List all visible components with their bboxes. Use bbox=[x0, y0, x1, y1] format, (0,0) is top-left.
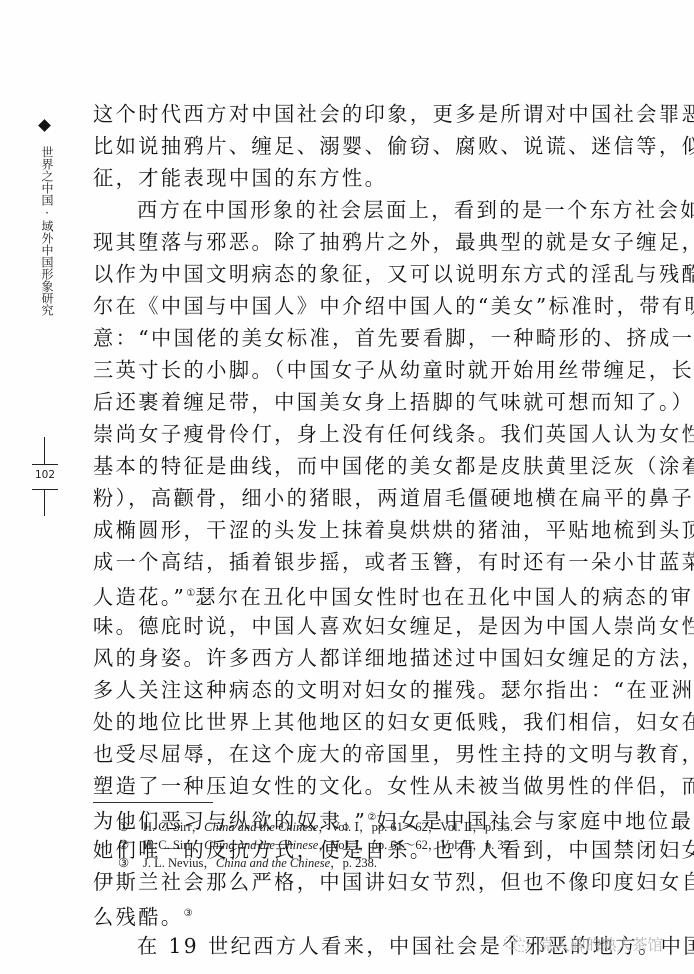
text-line: 成椭圆形，干涩的头发上抹着臭烘烘的猪油，平贴地梳到头顶上，绾 bbox=[93, 514, 571, 546]
footnotes: ①H. C. Sirr，China and the Chinese，Vol. Ⅰ… bbox=[118, 818, 578, 872]
footnote-ref-1[interactable]: ① bbox=[186, 588, 195, 599]
watermark-text: 党人碑的熟人茶馆 bbox=[539, 933, 663, 955]
text-line: 后还裹着缠足带，中国美女身上捂脚的气味就可想而知了。）中国佬 bbox=[93, 386, 571, 418]
text-line: 处的地位比世界上其他地区的妇女更低贱，我们相信，妇女在中国社会 bbox=[93, 706, 571, 738]
footnote-1: ①H. C. Sirr，China and the Chinese，Vol. Ⅰ… bbox=[118, 818, 578, 836]
footnote-ref-3[interactable]: ③ bbox=[184, 908, 193, 919]
paragraph-start-line: 在 19 世纪西方人看来，中国社会是个邪恶的地方。中国人的恶习 bbox=[93, 930, 571, 962]
page-number-rule-bottom bbox=[44, 489, 45, 516]
text-line: 征，才能表现中国的东方性。 bbox=[93, 162, 571, 194]
footnote-mark: ② bbox=[118, 836, 143, 854]
footnote-citation: ，Vol. Ⅰ，pp. 61～62，Vol. Ⅱ，p. 35. bbox=[318, 820, 513, 834]
footnote-title: China and the Chinese bbox=[204, 820, 318, 834]
footnote-3: ③J. L. Nevius，China and the Chinese，p. 2… bbox=[118, 854, 578, 872]
text-line: 成一个高结，插着银步摇，或者玉簪，有时还有一朵小甘蓝菜大小的 bbox=[93, 546, 571, 578]
running-header-book-title: 世界之中国·域外中国形象研究 bbox=[37, 146, 53, 316]
footnote-author: H. C. Sirr， bbox=[143, 838, 204, 852]
footnote-2: ②H. C. Sirr，China and the Chinese，Vol. Ⅰ… bbox=[118, 836, 578, 854]
footnote-mark: ③ bbox=[118, 854, 143, 872]
text-line: 尔在《中国与中国人》中介绍中国人的“美女”标准时，带有明显的恶 bbox=[93, 290, 571, 322]
footnote-citation: ，p. 238. bbox=[330, 856, 377, 870]
footnote-author: J. L. Nevius， bbox=[143, 856, 216, 870]
paragraph-start-line: 西方在中国形象的社会层面上，看到的是一个东方社会如何表 bbox=[93, 194, 571, 226]
page-number-rule bbox=[32, 489, 58, 490]
text-segment: 么残酷。 bbox=[93, 905, 184, 929]
footnote-title: China and the Chinese bbox=[216, 856, 330, 870]
text-line: 粉），高颧骨，细小的猪眼，两道眉毛僵硬地横在扁平的鼻子上，拖长 bbox=[93, 482, 571, 514]
footnote-separator bbox=[93, 802, 213, 803]
text-line: 意：“中国佬的美女标准，首先要看脚，一种畸形的、挤成一团的只有 bbox=[93, 322, 571, 354]
text-segment: 瑟尔在丑化中国女性时也在丑化中国人的病态的审美趣 bbox=[195, 585, 694, 609]
text-line: 塑造了一种压迫女性的文化。女性从未被当做男性的伴侣，而只是作 bbox=[93, 770, 571, 802]
text-line: 现其堕落与邪恶。除了抽鸦片之外，最典型的就是女子缠足，它既可 bbox=[93, 226, 571, 258]
wechat-icon bbox=[503, 934, 531, 954]
book-page: 世界之中国·域外中国形象研究 102 这个时代西方对中国社会的印象，更多是所谓对… bbox=[0, 0, 694, 974]
footnote-author: H. C. Sirr， bbox=[143, 820, 204, 834]
text-line: 三英寸长的小脚。（中国女子从幼童时就开始用丝带缠足，长大成人 bbox=[93, 354, 571, 386]
footnote-citation: ，Vol. Ⅰ，pp. 61～62，Vol. Ⅱ，p. 35. bbox=[318, 838, 513, 852]
page-number: 102 bbox=[30, 469, 60, 481]
page-number-rule bbox=[32, 464, 58, 465]
text-line: 比如说抽鸦片、缠足、溺婴、偷窃、腐败、说谎、迷信等，似乎只有这些特 bbox=[93, 130, 571, 162]
text-segment: 人造花。” bbox=[93, 585, 186, 609]
text-line: 多人关注这种病态的文明对妇女的摧残。瑟尔指出：“在亚洲，妇女所 bbox=[93, 674, 571, 706]
text-line: 以作为中国文明病态的象征，又可以说明东方式的淫乱与残酷。瑟 bbox=[93, 258, 571, 290]
text-line: 风的身姿。许多西方人都详细地描述过中国妇女缠足的方法，也有许 bbox=[93, 642, 571, 674]
diamond-marker-icon bbox=[38, 119, 51, 132]
text-line: 味。德庇时说，中国人喜欢妇女缠足，是因为中国人崇尚女性的弱不禁 bbox=[93, 610, 571, 642]
text-line: 也受尽屈辱，在这个庞大的帝国里，男性主持的文明与教育，从根本上 bbox=[93, 738, 571, 770]
footnote-mark: ① bbox=[118, 818, 143, 836]
text-line: 崇尚女子瘦骨伶仃，身上没有任何线条。我们英国人认为女性美最 bbox=[93, 418, 571, 450]
text-line-with-footnote: 么残酷。③ bbox=[93, 898, 571, 930]
text-line: 基本的特征是曲线，而中国佬的美女都是皮肤黄里泛灰（涂着些白 bbox=[93, 450, 571, 482]
text-line: 这个时代西方对中国社会的印象，更多是所谓对中国社会罪恶的印象， bbox=[93, 98, 571, 130]
page-number-rule-top bbox=[44, 437, 45, 464]
text-line-with-footnote: 人造花。”①瑟尔在丑化中国女性时也在丑化中国人的病态的审美趣 bbox=[93, 578, 571, 610]
watermark: 党人碑的熟人茶馆 bbox=[503, 933, 663, 955]
footnote-title: China and the Chinese bbox=[204, 838, 318, 852]
